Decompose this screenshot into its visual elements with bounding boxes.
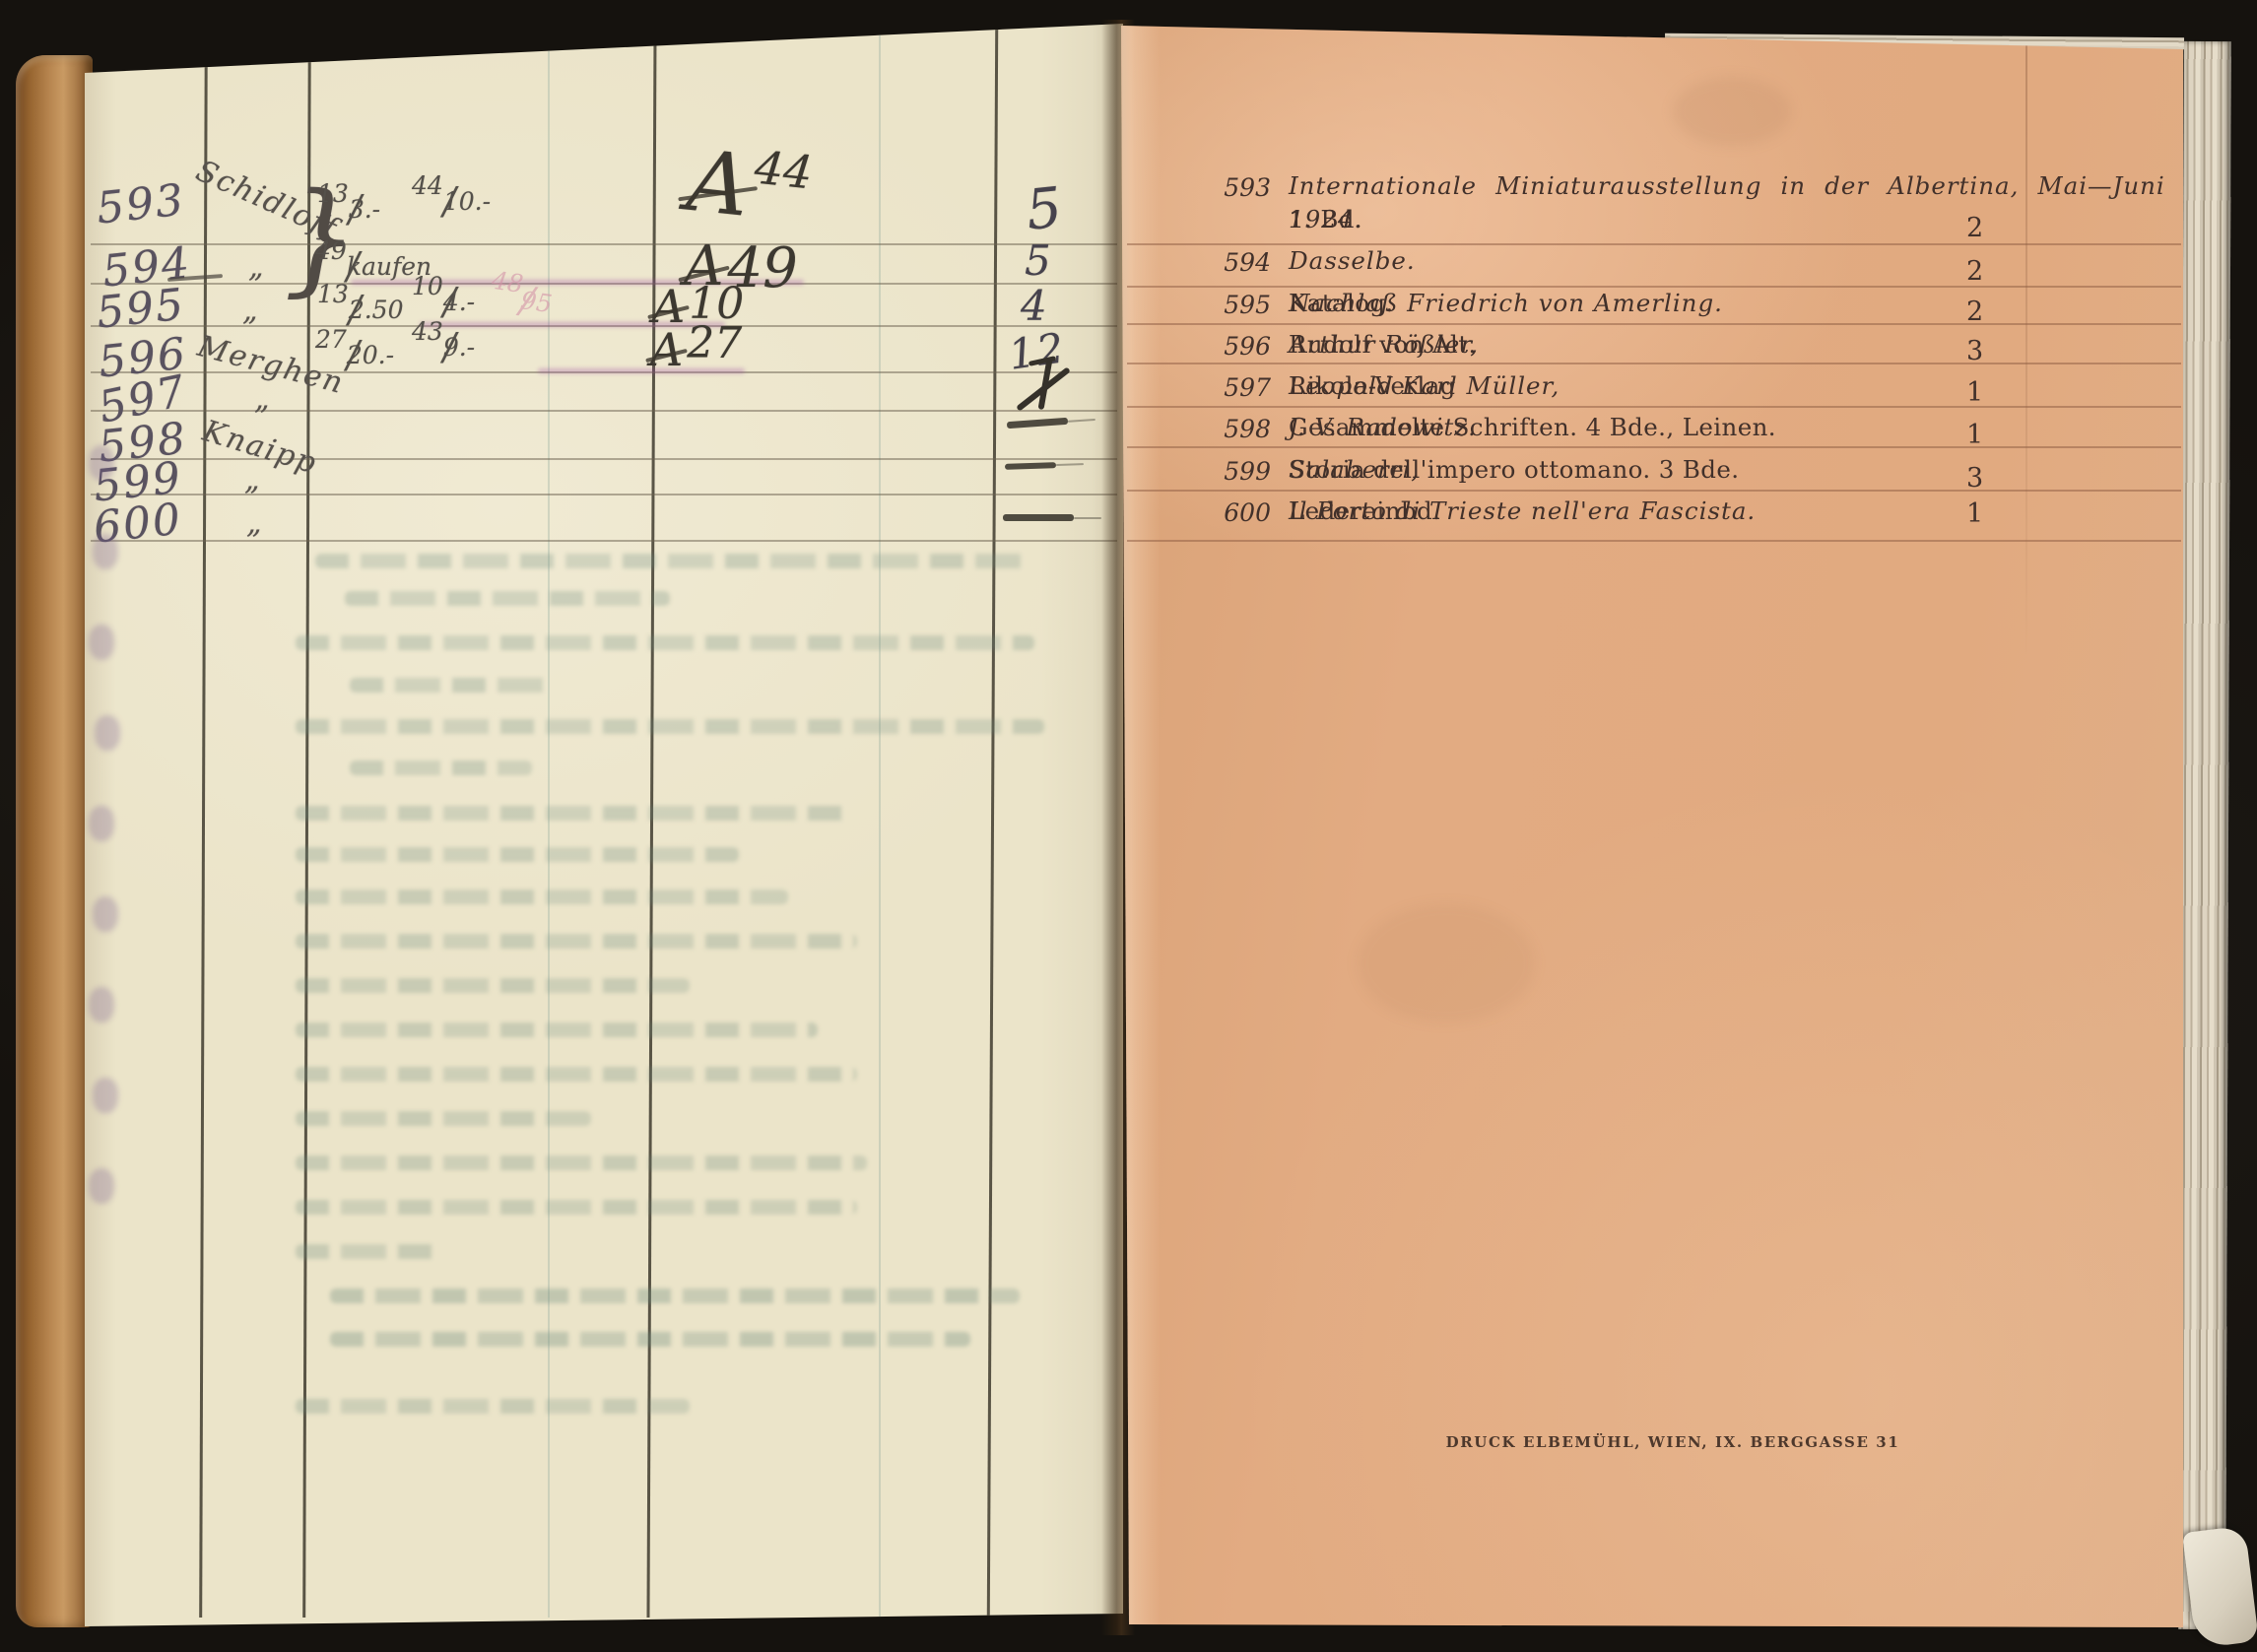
bleed-through-numeral (89, 987, 114, 1023)
crossed-a-note: A44 (683, 132, 815, 242)
bleed-through-line (296, 806, 847, 821)
price-bottom: 3.- (349, 195, 380, 224)
title-roman: Storia dell'impero ottomano. 3 Bde. (1289, 455, 1739, 484)
ledger-page: 593 594 595 596 597 598 599 600 Schidlof… (85, 22, 1123, 1631)
ditto-mark: „ (242, 294, 260, 328)
catalog-entry-qty: 2 (1966, 297, 1983, 327)
title-italic: Dasselbe. (1289, 246, 1416, 275)
bleed-through-line (296, 1244, 443, 1259)
price-top: 43 (412, 317, 443, 346)
title-italic: Internationale Miniaturausstellung in de… (1289, 171, 2165, 200)
catalog-entry-qty: 1 (1966, 420, 1983, 450)
dash-mark (1007, 418, 1068, 429)
catalog-entry-number: 599 (1208, 457, 1271, 486)
price-top: 48 (490, 266, 525, 298)
column-rule (987, 30, 998, 1618)
page-crease (2025, 28, 2027, 658)
dash-mark (1005, 462, 1056, 470)
catalog-entry-qty: 1 (1966, 377, 1983, 408)
a-value: 27 (687, 318, 742, 368)
a-value: 44 (752, 141, 815, 200)
bleed-through-line (350, 760, 532, 775)
faint-column-rule (879, 30, 881, 1618)
bleed-through-line (296, 1200, 857, 1215)
catalog-entry-qty: 3 (1966, 336, 1983, 366)
title-roman: Gesammelte Schriften. 4 Bde., Leinen. (1289, 413, 1776, 441)
row-rule (1127, 490, 2181, 492)
column-rule (199, 30, 208, 1618)
catalog-entry-number: 593 (1208, 173, 1271, 202)
bleed-through-line (330, 1332, 970, 1347)
bleed-through-line (296, 1067, 857, 1082)
bleed-through-numeral (89, 445, 114, 481)
crossed-a: A (650, 323, 683, 376)
ditto-mark: „ (248, 250, 266, 285)
price-top: 27 (315, 325, 347, 354)
bleed-through-numeral (93, 896, 118, 932)
bleed-through-line (296, 1023, 818, 1037)
bleed-through-numeral (89, 625, 114, 660)
bleed-through-line (296, 1111, 591, 1126)
right-page-stack-edge (2178, 41, 2231, 1629)
left-page-fore-edge (16, 55, 93, 1627)
bleed-through-line (350, 678, 547, 693)
crossed-a: A (683, 132, 754, 236)
ditto-mark: „ (244, 463, 262, 497)
row-rule (1127, 286, 2181, 288)
price-note: 13/3.- (317, 187, 380, 216)
price-note: 44/10.- (412, 179, 491, 208)
price-bottom: 9.- (443, 333, 475, 362)
faint-column-rule (548, 30, 550, 1618)
row-rule (1127, 406, 2181, 408)
catalog-entry-number: 596 (1208, 332, 1271, 361)
row-rule (91, 410, 1117, 412)
printer-imprint: DRUCK ELBEMÜHL, WIEN, IX. BERGGASSE 31 (1358, 1433, 1988, 1451)
row-rule (1127, 323, 2181, 325)
price-note: 10/4.- (412, 280, 475, 308)
price-bottom: 95 (519, 286, 555, 318)
price-note: 27/20.- (315, 333, 394, 362)
row-rule (1127, 243, 2181, 245)
bleed-through-numeral (89, 806, 114, 841)
column-rule (646, 30, 656, 1618)
quantity: 5 (1024, 175, 1067, 243)
catalog-entry-qty: 2 (1966, 256, 1983, 287)
bleed-through-numeral (89, 1168, 114, 1204)
bleed-through-line (296, 719, 1044, 734)
crossed-a-note: A27 (650, 323, 742, 376)
catalog-entry-qty: 3 (1966, 463, 1983, 494)
row-rule (1127, 540, 2181, 542)
bleed-through-line (296, 978, 690, 993)
title-roman: Katalog. (1289, 289, 1394, 317)
price-top: 13 (317, 280, 349, 308)
bleed-through-numeral (93, 534, 118, 569)
dash-mark (1003, 514, 1074, 521)
quantity: 5 (1025, 236, 1053, 285)
catalog-entry-number: 597 (1208, 373, 1271, 402)
bleed-through-line (296, 934, 857, 949)
price-note: 43/9.- (412, 325, 475, 354)
row-rule (1127, 363, 2181, 364)
entry-number: 593 (95, 174, 188, 233)
price-top: 10 (412, 272, 443, 300)
price-top: 49 (315, 236, 347, 265)
price-bottom: 4.- (443, 288, 475, 316)
title-roman: 1. Bd. (1289, 205, 1362, 233)
quantity: 4 (1021, 282, 1049, 330)
bleed-through-line (296, 1399, 690, 1414)
price-bottom: 2.50 (349, 296, 404, 324)
catalog-entry-number: 595 (1208, 291, 1271, 319)
price-note: 13/2.50 (317, 288, 403, 316)
open-book-scan: 593 594 595 596 597 598 599 600 Schidlof… (0, 0, 2257, 1652)
price-note: 49/kaufen (315, 244, 431, 273)
title-roman: Ledereinbd. (1289, 496, 1440, 525)
check-mark (1009, 357, 1078, 414)
catalog-page: 593 Internationale Miniaturausstellung i… (1121, 18, 2183, 1635)
title-roman: Rudolf von Alt. (1289, 330, 1477, 359)
paper-stain (1358, 904, 1535, 1023)
paper-stain (1673, 77, 1791, 146)
bleed-through-line (296, 890, 788, 904)
bleed-through-line (330, 1289, 1020, 1303)
bleed-through-line (296, 847, 739, 862)
price-top: 13 (317, 179, 349, 208)
bottom-right-page-corner (2182, 1526, 2257, 1649)
catalog-entry-number: 600 (1208, 498, 1271, 527)
bleed-through-line (296, 1156, 867, 1170)
row-rule (1127, 446, 2181, 448)
ditto-mark: „ (254, 382, 272, 417)
bleed-through-line (345, 591, 670, 606)
catalog-entry-number: 598 (1208, 415, 1271, 443)
ditto-mark: „ (246, 506, 264, 541)
catalog-entry-number: 594 (1208, 248, 1271, 277)
bleed-through-line (296, 635, 1034, 650)
row-rule (91, 243, 1117, 245)
bleed-through-numeral (93, 1078, 118, 1113)
title-roman: Rikola-Verlag (1289, 371, 1456, 400)
bleed-through-numeral (95, 715, 120, 751)
price-bottom: 10.- (443, 187, 491, 216)
catalog-entry-qty: 2 (1966, 213, 1983, 243)
row-rule (91, 540, 1117, 542)
bleed-through-line (315, 554, 1025, 568)
price-top: 44 (412, 171, 443, 200)
catalog-entry-qty: 1 (1966, 498, 1983, 529)
price-bottom: 20.- (347, 341, 394, 369)
